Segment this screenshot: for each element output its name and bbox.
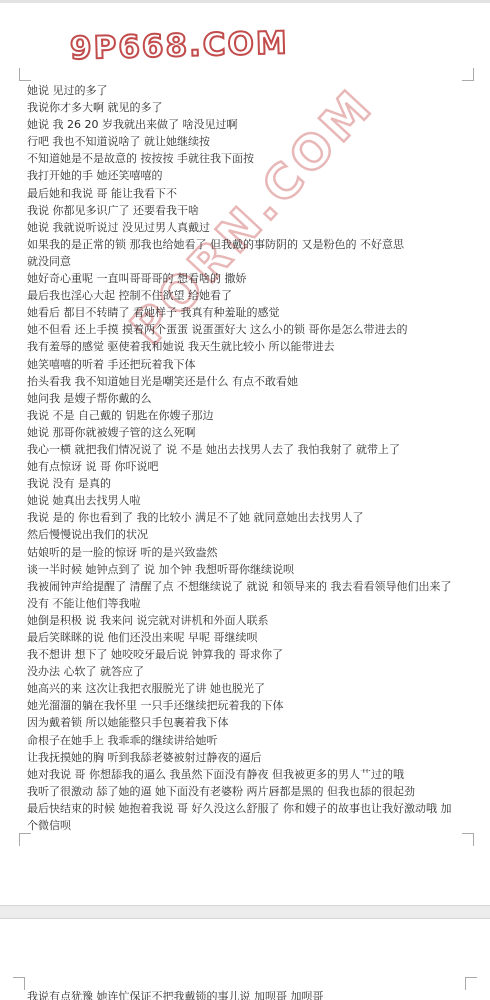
text-line: 最后笑眯眯的说 他们还没出来呢 早呢 哥继续呗 <box>27 629 468 646</box>
text-line: 我说 你都见多识广了 还要看我干啥 <box>27 202 468 219</box>
text-line: 她说 我就说听说过 没见过男人真戴过 <box>27 219 468 236</box>
text-line: 她光溜溜的躺在我怀里 一只手还继续把玩着我的下体 <box>27 697 468 714</box>
text-boundary-mark-top-right <box>462 68 474 81</box>
text-line: 我说 没有 是真的 <box>27 475 468 492</box>
text-line: 她不但看 还上手摸 摸着两个蛋蛋 说蛋蛋好大 这么小的锁 哥你是怎么带进去的 <box>27 321 468 338</box>
site-logo-watermark: 9P668.COM <box>70 25 290 67</box>
text-boundary-mark-top-left <box>19 68 31 81</box>
text-line: 然后慢慢说出我们的状况 <box>27 526 468 543</box>
page2-boundary-mark-left <box>13 977 25 990</box>
text-line: 她说 那哥你就被嫂子管的这么死啊 <box>27 424 468 441</box>
text-line: 她问我 是嫂子帮你戴的么 <box>27 390 468 407</box>
text-line: 她说 我 26 20 岁我就出来做了 啥没见过啊 <box>27 116 468 133</box>
text-line: 姑娘听的是一脸的惊讶 听的是兴致盎然 <box>27 544 468 561</box>
text-line: 她说 她真出去找男人啦 <box>27 492 468 509</box>
text-line: 她看后 都目不转睛了 看她样子 我真有种羞耻的感觉 <box>27 304 468 321</box>
document-viewer: 9P668.COM PORN.COM 她说 见过的多了我说你才多大啊 就见的多了… <box>0 0 490 1000</box>
text-line: 她笑嘻嘻的听着 手还把玩着我下体 <box>27 356 468 373</box>
text-line: 她说 见过的多了 <box>27 82 468 99</box>
text-line: 她高兴的来 这次让我把衣服脱光了讲 她也脱光了 <box>27 680 468 697</box>
text-line: 最后她和我说 哥 能让我看下不 <box>27 185 468 202</box>
text-line: 我听了很激动 舔了她的逼 她下面没有老婆粉 两片唇都是黑的 但我也舔的很起劲 <box>27 783 468 800</box>
text-line: 她好奇心重呢 一直叫哥哥哥的 想看啥的 撒娇 <box>27 270 468 287</box>
text-line: 我说你才多大啊 就见的多了 <box>27 99 468 116</box>
text-line: 我不想讲 想下了 她咬咬牙最后说 钟算我的 哥求你了 <box>27 646 468 663</box>
text-line: 我被闹钟声给提醒了 清醒了点 不想继续说了 就说 和领导来的 我去看看领导他们出… <box>27 578 468 595</box>
text-line: 抬头看我 我不知道她目光是嘲笑还是什么 有点不敢看她 <box>27 373 468 390</box>
text-boundary-mark-bottom-left <box>19 833 31 846</box>
text-line: 就没同意 <box>27 253 468 270</box>
page2-text-block: 我说有点犹豫 她连忙保证不把我戴锁的事儿说 加呗哥 加呗哥 <box>27 988 468 1000</box>
text-line: 我有羞辱的感觉 驱使着我和她说 我天生就比较小 所以能带进去 <box>27 338 468 355</box>
text-line: 我心一横 就把我们情况说了 说 不是 她出去找男人去了 我怕我射了 就带上了 <box>27 441 468 458</box>
text-line: 最后我也淫心大起 控制不住欲望 给她看了 <box>27 287 468 304</box>
text-line: 没有 不能让他们等我啦 <box>27 595 468 612</box>
text-line: 如果我的是正常的锁 那我也给她看了 但我戴的事防阴的 又是粉色的 不好意思 <box>27 236 468 253</box>
text-line: 我说有点犹豫 她连忙保证不把我戴锁的事儿说 加呗哥 加呗哥 <box>27 988 468 1000</box>
text-line: 她对我说 哥 你想舔我的逼么 我虽然下面没有静夜 但我被更多的男人艹过的哦 <box>27 766 468 783</box>
text-line: 让我抚摸她的胸 听到我舔老婆被射过静夜的逼后 <box>27 749 468 766</box>
text-line: 她倒是积极 说 我来问 说完就对讲机和外面人联系 <box>27 612 468 629</box>
text-line: 最后快结束的时候 她抱着我说 哥 好久没这么舒服了 你和嫂子的故事也让我好激动哦… <box>27 800 468 817</box>
text-line: 个微信呗 <box>27 817 468 834</box>
text-line: 不知道她是不是故意的 按按按 手就往我下面按 <box>27 150 468 167</box>
page-break-separator <box>0 905 490 919</box>
text-line: 她有点惊讶 说 哥 你吓说吧 <box>27 458 468 475</box>
text-line: 行吧 我也不知道说啥了 就让她继续按 <box>27 133 468 150</box>
text-line: 命根子在她手上 我乖乖的继续讲给她听 <box>27 732 468 749</box>
text-line: 因为戴着锁 所以她能整只手包裹着我下体 <box>27 714 468 731</box>
text-line: 我说 不是 自己戴的 钥匙在你嫂子那边 <box>27 407 468 424</box>
text-line: 没办法 心软了 就答应了 <box>27 663 468 680</box>
text-line: 谈一半时候 她钟点到了 说 加个钟 我想听哥你继续说呗 <box>27 561 468 578</box>
page1-text-block: 她说 见过的多了我说你才多大啊 就见的多了她说 我 26 20 岁我就出来做了 … <box>27 82 468 834</box>
text-boundary-mark-bottom-right <box>462 833 474 846</box>
text-line: 我说 是的 你也看到了 我的比较小 满足不了她 就同意她出去找男人了 <box>27 509 468 526</box>
text-line: 我打开她的手 她还笑嘻嘻的 <box>27 167 468 184</box>
window-top-edge <box>0 0 490 3</box>
